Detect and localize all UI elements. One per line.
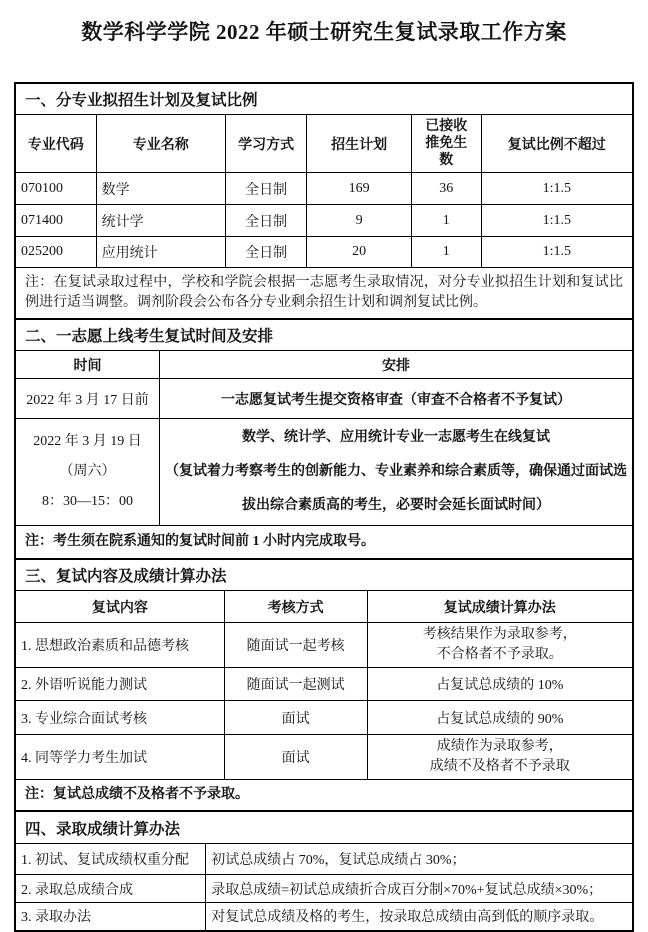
- s1-r1-exempt: 1: [411, 205, 481, 237]
- s1-r1-code: 071400: [16, 205, 96, 237]
- s4-r2-value: 对复试总成绩及格的考生，按录取总成绩由高到低的顺序录取。: [206, 903, 632, 930]
- s1-col-plan: 招生计划: [307, 115, 412, 173]
- s3-r2-calc: 占复试总成绩的 90%: [367, 701, 632, 735]
- s2-r2-time-line3: 8：30—15：00: [21, 487, 154, 517]
- section2-table: 二、一志愿上线考生复试时间及安排 时间 安排 2022 年 3 月 17 日前 …: [16, 319, 632, 559]
- s1-r0-mode: 全日制: [225, 173, 306, 205]
- s1-col-exempt-label: 已接收推免生数: [425, 118, 467, 169]
- s1-r1-name: 统计学: [96, 205, 225, 237]
- section1-table: 一、分专业拟招生计划及复试比例 专业代码 专业名称 学习方式 招生计划 已接收推…: [16, 84, 632, 319]
- s1-r0-code: 070100: [16, 173, 96, 205]
- s1-r2-ratio: 1:1.5: [481, 237, 632, 268]
- table-row: 1. 思想政治素质和品德考核 随面试一起考核 考核结果作为录取参考， 不合格者不…: [16, 623, 632, 668]
- s2-r2-arrangement-line3: 拔出综合素质高的考生，必要时会延长面试时间）: [165, 489, 627, 523]
- s1-r0-name: 数学: [96, 173, 225, 205]
- table-row: 025200 应用统计 全日制 20 1 1:1.5: [16, 237, 632, 268]
- s2-r1-time: 2022 年 3 月 17 日前: [16, 379, 160, 419]
- table-row: 2. 录取总成绩合成 录取总成绩=初试总成绩折合成百分制×70%+复试总成绩×3…: [16, 875, 632, 903]
- s3-r2-content: 3. 专业综合面试考核: [16, 701, 224, 735]
- table-row: 2022 年 3 月 17 日前 一志愿复试考生提交资格审查（审查不合格者不予复…: [16, 379, 632, 419]
- s4-r1-label: 2. 录取总成绩合成: [16, 875, 206, 903]
- s3-r3-calc-line2: 成绩不及格者不予录取: [373, 757, 627, 777]
- table-row: 3. 专业综合面试考核 面试 占复试总成绩的 90%: [16, 701, 632, 735]
- s4-r0-value: 初试总成绩占 70%，复试总成绩占 30%；: [206, 844, 632, 875]
- s2-r2-arrangement-line2: （复试着力考察考生的创新能力、专业素养和综合素质等，确保通过面试选: [165, 455, 627, 489]
- section2-note: 注：考生须在院系通知的复试时间前 1 小时内完成取号。: [16, 526, 632, 559]
- s3-r3-method: 面试: [224, 735, 367, 780]
- document-table: 一、分专业拟招生计划及复试比例 专业代码 专业名称 学习方式 招生计划 已接收推…: [14, 82, 634, 932]
- s3-r2-method: 面试: [224, 701, 367, 735]
- table-row: 4. 同等学力考生加试 面试 成绩作为录取参考， 成绩不及格者不予录取: [16, 735, 632, 780]
- s1-col-mode: 学习方式: [225, 115, 306, 173]
- s2-r2-arrangement: 数学、统计学、应用统计专业一志愿考生在线复试 （复试着力考察考生的创新能力、专业…: [160, 419, 632, 526]
- section4-heading: 四、录取成绩计算办法: [16, 812, 632, 844]
- s3-r3-calc-line1: 成绩作为录取参考，: [373, 737, 627, 757]
- s1-col-code: 专业代码: [16, 115, 96, 173]
- s2-r2-time: 2022 年 3 月 19 日 （周六） 8：30—15：00: [16, 419, 160, 526]
- s1-r1-ratio: 1:1.5: [481, 205, 632, 237]
- page-title: 数学科学学院 2022 年硕士研究生复试录取工作方案: [0, 0, 648, 46]
- s3-col-calc: 复试成绩计算办法: [367, 591, 632, 623]
- section3-table: 三、复试内容及成绩计算办法 复试内容 考核方式 复试成绩计算办法 1. 思想政治…: [16, 559, 632, 811]
- s1-r0-exempt: 36: [411, 173, 481, 205]
- section3-heading: 三、复试内容及成绩计算办法: [16, 560, 632, 591]
- s3-r1-method: 随面试一起测试: [224, 668, 367, 701]
- section2-heading: 二、一志愿上线考生复试时间及安排: [16, 320, 632, 351]
- s2-col-arrangement: 安排: [160, 351, 632, 379]
- s1-col-exempt: 已接收推免生数: [411, 115, 481, 173]
- s2-r2-time-line1: 2022 年 3 月 19 日: [21, 427, 154, 457]
- section3-note: 注：复试总成绩不及格者不予录取。: [16, 780, 632, 811]
- s3-r0-calc-line2: 不合格者不予录取。: [373, 645, 627, 665]
- s3-r0-calc-line1: 考核结果作为录取参考，: [373, 625, 627, 645]
- table-row: 2. 外语听说能力测试 随面试一起测试 占复试总成绩的 10%: [16, 668, 632, 701]
- s3-r1-content: 2. 外语听说能力测试: [16, 668, 224, 701]
- s1-r0-plan: 169: [307, 173, 412, 205]
- s3-r1-calc: 占复试总成绩的 10%: [367, 668, 632, 701]
- s2-r2-arrangement-line1: 数学、统计学、应用统计专业一志愿考生在线复试: [165, 421, 627, 455]
- s1-r1-mode: 全日制: [225, 205, 306, 237]
- table-row: 070100 数学 全日制 169 36 1:1.5: [16, 173, 632, 205]
- s1-r2-name: 应用统计: [96, 237, 225, 268]
- s1-r0-ratio: 1:1.5: [481, 173, 632, 205]
- s1-col-ratio: 复试比例不超过: [481, 115, 632, 173]
- s1-r2-mode: 全日制: [225, 237, 306, 268]
- s4-r0-label: 1. 初试、复试成绩权重分配: [16, 844, 206, 875]
- s3-r0-method: 随面试一起考核: [224, 623, 367, 668]
- s3-r3-calc: 成绩作为录取参考， 成绩不及格者不予录取: [367, 735, 632, 780]
- s2-r1-arrangement: 一志愿复试考生提交资格审查（审查不合格者不予复试）: [160, 379, 632, 419]
- s3-r3-content: 4. 同等学力考生加试: [16, 735, 224, 780]
- s1-col-name: 专业名称: [96, 115, 225, 173]
- table-row: 071400 统计学 全日制 9 1 1:1.5: [16, 205, 632, 237]
- s1-r1-plan: 9: [307, 205, 412, 237]
- table-row: 3. 录取办法 对复试总成绩及格的考生，按录取总成绩由高到低的顺序录取。: [16, 903, 632, 930]
- section1-heading: 一、分专业拟招生计划及复试比例: [16, 84, 632, 115]
- s1-r2-plan: 20: [307, 237, 412, 268]
- table-row: 1. 初试、复试成绩权重分配 初试总成绩占 70%，复试总成绩占 30%；: [16, 844, 632, 875]
- table-row: 2022 年 3 月 19 日 （周六） 8：30—15：00 数学、统计学、应…: [16, 419, 632, 526]
- s1-r2-code: 025200: [16, 237, 96, 268]
- s3-r0-calc: 考核结果作为录取参考， 不合格者不予录取。: [367, 623, 632, 668]
- s4-r1-value: 录取总成绩=初试总成绩折合成百分制×70%+复试总成绩×30%；: [206, 875, 632, 903]
- s4-r2-label: 3. 录取办法: [16, 903, 206, 930]
- s2-col-time: 时间: [16, 351, 160, 379]
- s3-col-content: 复试内容: [16, 591, 224, 623]
- section1-note: 注：在复试录取过程中，学校和学院会根据一志愿考生录取情况，对分专业拟招生计划和复…: [16, 268, 632, 319]
- s1-r2-exempt: 1: [411, 237, 481, 268]
- s3-col-method: 考核方式: [224, 591, 367, 623]
- s3-r0-content: 1. 思想政治素质和品德考核: [16, 623, 224, 668]
- s2-r2-time-line2: （周六）: [21, 457, 154, 487]
